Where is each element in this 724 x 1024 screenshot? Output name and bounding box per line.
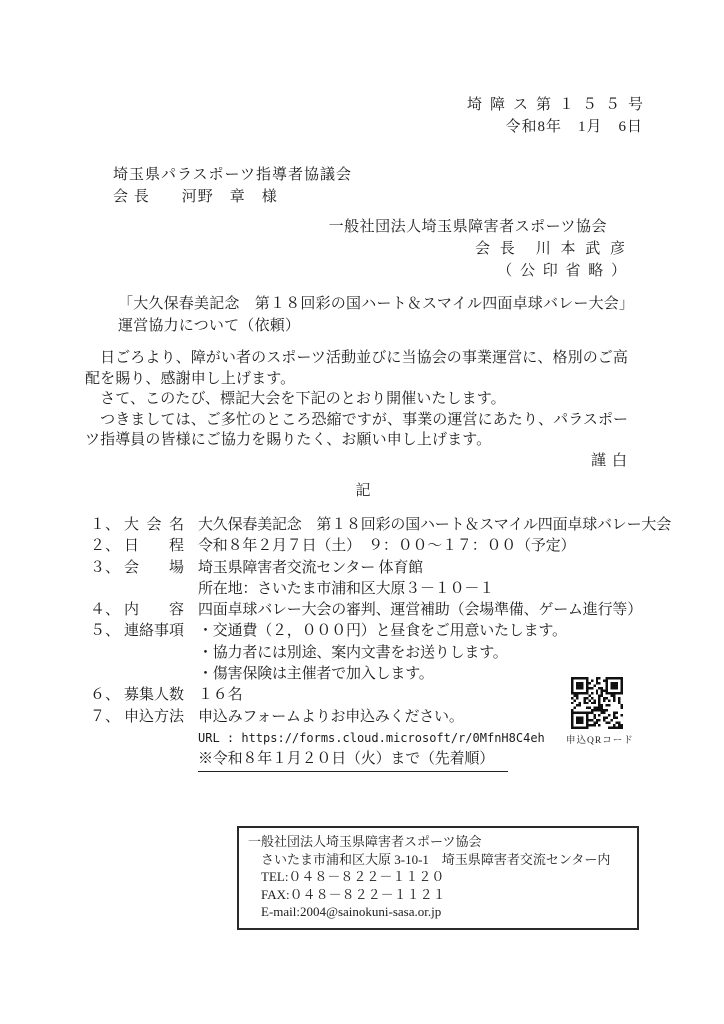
sender-person: 会 長 川 本 武 彦 bbox=[85, 238, 643, 260]
body-paragraph: さて、このたび、標記大会を下記のとおり開催いたします。 bbox=[85, 389, 633, 410]
item-number: ５、 bbox=[90, 621, 124, 685]
record-item-3: ３、 会場 埼玉県障害者交流センター 体育館 所在地：さいたま市浦和区大原３－１… bbox=[90, 558, 643, 601]
item-label: 連絡事項 bbox=[124, 621, 184, 685]
document-page: 埼障ス第１５５号 令和8年 1月 6日 埼玉県パラスポーツ指導者協議会 会 長 … bbox=[0, 0, 724, 1024]
subject-title: 「大久保春美記念 第１８回彩の国ハート＆スマイル四面卓球バレー大会」 bbox=[118, 293, 643, 315]
record-heading: 記 bbox=[85, 481, 643, 502]
qr-code bbox=[571, 677, 623, 729]
closing-word: 謹白 bbox=[85, 451, 635, 472]
sender-organization: 一般社団法人埼玉県障害者スポーツ協会 bbox=[85, 216, 643, 238]
contact-organization: 一般社団法人埼玉県障害者スポーツ協会 bbox=[248, 833, 628, 851]
item-text: ・交通費（２，０００円）と昼食をご用意いたします。 bbox=[198, 621, 643, 642]
item-number: ６、 bbox=[90, 685, 124, 706]
item-label: 日程 bbox=[124, 536, 184, 557]
document-date: 令和8年 1月 6日 bbox=[85, 116, 643, 138]
item-text: 令和８年２月７日（土） ９：００～１７：００（予定） bbox=[198, 536, 643, 557]
record-item-6: ６、 募集人数 １６名 bbox=[90, 685, 643, 706]
item-label: 会場 bbox=[124, 558, 184, 601]
item-label: 内容 bbox=[124, 600, 184, 621]
record-item-4: ４、 内容 四面卓球バレー大会の審判、運営補助（会場準備、ゲーム進行等） bbox=[90, 600, 643, 621]
document-header: 埼障ス第１５５号 令和8年 1月 6日 bbox=[85, 94, 643, 138]
qr-block: 申込QRコード bbox=[566, 677, 628, 746]
contact-info-box: 一般社団法人埼玉県障害者スポーツ協会 さいたま市浦和区大原 3-10-1 埼玉県… bbox=[237, 826, 639, 930]
seal-omitted-note: （ 公 印 省 略 ） bbox=[85, 260, 643, 282]
item-number: ２、 bbox=[90, 536, 124, 557]
addressee-organization: 埼玉県パラスポーツ指導者協議会 bbox=[113, 164, 643, 186]
document-number: 埼障ス第１５５号 bbox=[85, 94, 651, 116]
contact-tel: TEL:０４８－８２２－１１２０ bbox=[248, 868, 628, 886]
item-number: １、 bbox=[90, 515, 124, 536]
addressee-block: 埼玉県パラスポーツ指導者協議会 会 長 河野 章 様 bbox=[113, 164, 643, 208]
item-text: 埼玉県障害者交流センター 体育館 bbox=[198, 558, 643, 579]
item-text: 大久保春美記念 第１８回彩の国ハート＆スマイル四面卓球バレー大会 bbox=[198, 515, 671, 536]
body-paragraph: つきましては、ご多忙のところ恐縮ですが、事業の運営にあたり、パラスポーツ指導員の… bbox=[85, 410, 633, 451]
item-label: 申込方法 bbox=[124, 707, 184, 772]
record-list: １、 大会名 大久保春美記念 第１８回彩の国ハート＆スマイル四面卓球バレー大会 … bbox=[85, 515, 643, 772]
contact-address: さいたま市浦和区大原 3-10-1 埼玉県障害者交流センター内 bbox=[248, 851, 628, 869]
subject-block: 「大久保春美記念 第１８回彩の国ハート＆スマイル四面卓球バレー大会」 運営協力に… bbox=[118, 293, 643, 337]
sender-block: 一般社団法人埼玉県障害者スポーツ協会 会 長 川 本 武 彦 （ 公 印 省 略… bbox=[85, 216, 643, 282]
subject-subtitle: 運営協力について（依頼） bbox=[118, 315, 643, 337]
item-text: 所在地：さいたま市浦和区大原３－１０－１ bbox=[198, 579, 643, 600]
body-paragraph: 日ごろより、障がい者のスポーツ活動並びに当協会の事業運営に、格別のご高配を賜り、… bbox=[85, 348, 633, 389]
item-text: 四面卓球バレー大会の審判、運営補助（会場準備、ゲーム進行等） bbox=[198, 600, 643, 621]
item-number: ３、 bbox=[90, 558, 124, 601]
contact-email: E-mail:2004@sainokuni-sasa.or.jp bbox=[248, 903, 628, 921]
item-text: ・協力者には別途、案内文書をお送りします。 bbox=[198, 643, 643, 664]
record-item-2: ２、 日程 令和８年２月７日（土） ９：００～１７：００（予定） bbox=[90, 536, 643, 557]
item-label: 募集人数 bbox=[124, 685, 184, 706]
letter-body: 日ごろより、障がい者のスポーツ活動並びに当協会の事業運営に、格別のご高配を賜り、… bbox=[85, 348, 633, 471]
record-item-5: ５、 連絡事項 ・交通費（２，０００円）と昼食をご用意いたします。 ・協力者には… bbox=[90, 621, 643, 685]
qr-code-label: 申込QRコード bbox=[566, 732, 628, 746]
contact-fax: FAX:０４８－８２２－１１２１ bbox=[248, 886, 628, 904]
application-deadline: ※令和８年１月２０日（火）まで（先着順） bbox=[198, 749, 643, 771]
addressee-person: 会 長 河野 章 様 bbox=[113, 186, 643, 208]
record-item-1: １、 大会名 大久保春美記念 第１８回彩の国ハート＆スマイル四面卓球バレー大会 bbox=[90, 515, 643, 536]
item-number: ４、 bbox=[90, 600, 124, 621]
item-number: ７、 bbox=[90, 707, 124, 772]
item-label: 大会名 bbox=[124, 515, 184, 536]
record-item-7: ７、 申込方法 申込みフォームよりお申込みください。 URL : https:/… bbox=[90, 707, 643, 772]
